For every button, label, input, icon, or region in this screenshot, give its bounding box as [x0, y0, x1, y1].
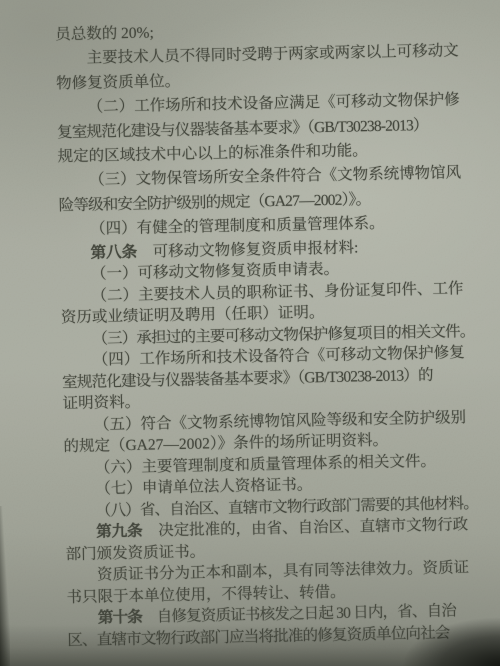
- line-text: （六）主要管理制度和质量管理体系的相关文件。: [95, 453, 436, 477]
- line-text: 规定的区域技术中心以上的标准条件和功能。: [58, 142, 368, 165]
- article-number: 第十条: [98, 609, 142, 627]
- document-text: 员总数的 20%;主要技术人员不得同时受聘于两家或两家以上可移动文物修复资质单位…: [55, 15, 482, 651]
- line-text: 证明资料。: [62, 394, 140, 413]
- line-text: （三）文物保管场所安全条件符合《文物系统博物馆风: [89, 165, 461, 189]
- line-text: 可移动文物修复资质申报材料:: [137, 239, 359, 260]
- line-text: 资历或业绩证明及聘用（任职）证明。: [61, 304, 325, 326]
- line-text: 物修复资质单位。: [56, 73, 180, 92]
- line-text: （四）有健全的管理制度和质量管理体系。: [90, 215, 385, 238]
- line-text: 主要技术人员不得同时受聘于两家或两家以上可移动文: [87, 43, 459, 67]
- line-text: 员总数的 20%;: [55, 24, 154, 43]
- line-text: 险等级和安全防护级别的规定（GA27—2002）》。: [58, 191, 370, 214]
- article-number: 第八条: [90, 243, 137, 261]
- document-photo: 员总数的 20%;主要技术人员不得同时受聘于两家或两家以上可移动文物修复资质单位…: [0, 0, 500, 666]
- paper-edge-shadow-left: [0, 506, 10, 666]
- line-text: 决定批准的，由省、自治区、直辖市文物行政: [143, 516, 469, 540]
- line-text: 部门颁发资质证书。: [65, 543, 205, 563]
- line-text: （二）工作场所和技术设备应满足《可移动文物保护修: [88, 92, 460, 116]
- line-text: （一）可移动文物修复资质申请表。: [91, 261, 339, 283]
- line-text: 复室规范化建设与仪器装备基本要求》（GB/T30238-2013）: [57, 117, 428, 141]
- line-text: （七）申请单位法人资格证书。: [95, 476, 312, 497]
- line-text: 书只限于本单位使用，不得转让、转借。: [66, 583, 345, 606]
- article-number: 第九条: [96, 523, 143, 541]
